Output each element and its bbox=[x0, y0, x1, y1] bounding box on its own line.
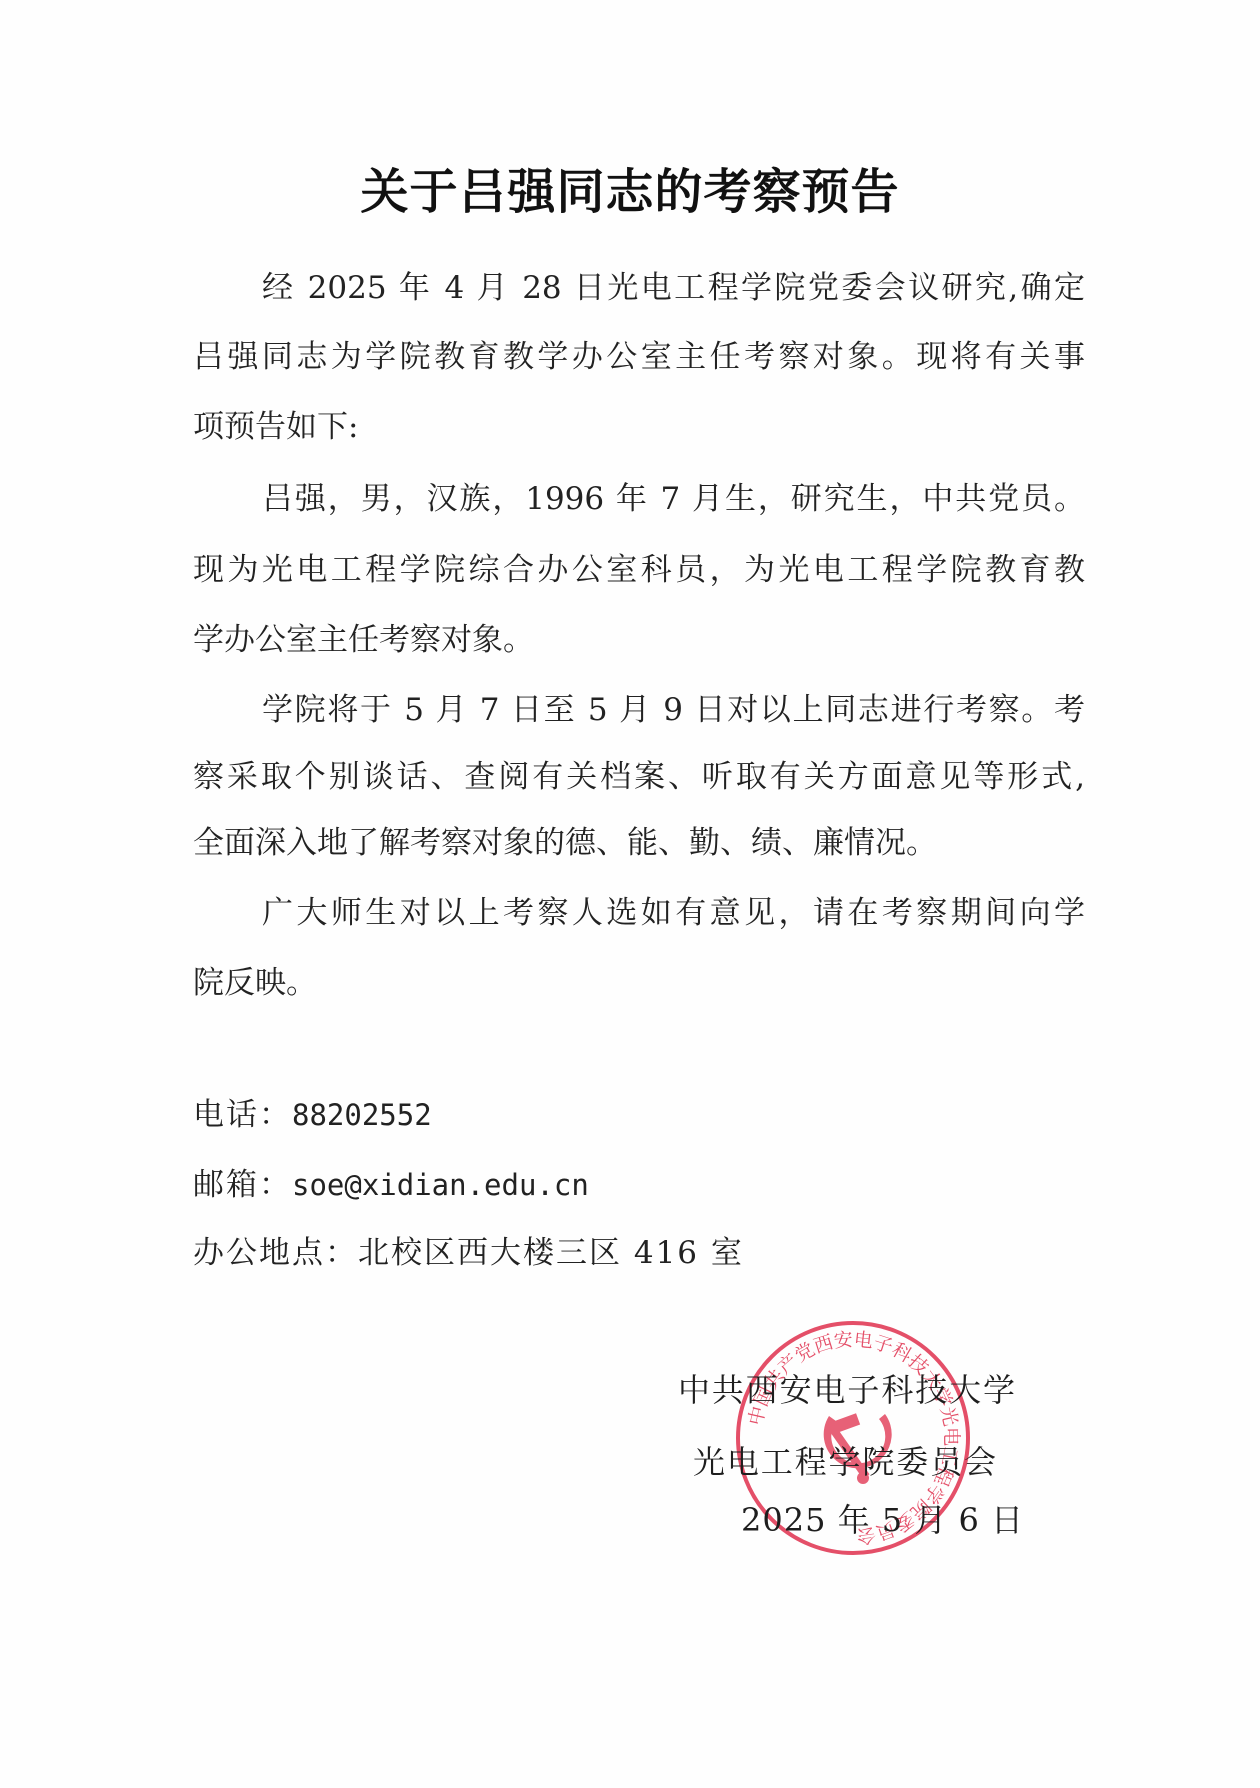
email-label: 邮箱： bbox=[193, 1167, 292, 1203]
body-line: 学院将于 5 月 7 日至 5 月 9 日对以上同志进行考察。考 bbox=[262, 688, 1085, 732]
document-page: 关于吕强同志的考察预告 经 2025 年 4 月 28 日光电工程学院党委会议研… bbox=[0, 0, 1260, 1788]
document-title: 关于吕强同志的考察预告 bbox=[0, 160, 1260, 224]
body-line: 全面深入地了解考察对象的德、能、勤、绩、廉情况。 bbox=[193, 821, 1085, 865]
body-line: 学办公室主任考察对象。 bbox=[193, 618, 1085, 662]
body-line: 察采取个别谈话、查阅有关档案、听取有关方面意见等形式, bbox=[193, 755, 1085, 799]
contact-phone: 电话：88202552 bbox=[193, 1093, 432, 1137]
address-label: 办公地点： bbox=[193, 1235, 358, 1271]
body-line: 吕强同志为学院教育教学办公室主任考察对象。现将有关事 bbox=[193, 335, 1085, 379]
body-line: 现为光电工程学院综合办公室科员，为光电工程学院教育教 bbox=[193, 548, 1085, 592]
body-line: 院反映。 bbox=[193, 961, 1085, 1005]
email-value: soe@xidian.edu.cn bbox=[292, 1168, 589, 1202]
phone-label: 电话： bbox=[193, 1097, 292, 1133]
body-line: 广大师生对以上考察人选如有意见，请在考察期间向学 bbox=[262, 891, 1085, 935]
signature-org-line2: 光电工程学院委员会 bbox=[693, 1440, 996, 1484]
body-line: 经 2025 年 4 月 28 日光电工程学院党委会议研究,确定 bbox=[262, 266, 1085, 310]
contact-address: 办公地点：北校区西大楼三区 416 室 bbox=[193, 1231, 744, 1275]
body-line: 吕强，男，汉族，1996 年 7 月生，研究生，中共党员。 bbox=[262, 477, 1085, 521]
signature-date: 2025 年 5 月 6 日 bbox=[741, 1498, 985, 1542]
phone-value: 88202552 bbox=[292, 1098, 432, 1132]
contact-email: 邮箱：soe@xidian.edu.cn bbox=[193, 1163, 589, 1207]
address-value: 北校区西大楼三区 416 室 bbox=[358, 1235, 744, 1271]
signature-org-line1: 中共西安电子科技大学 bbox=[678, 1368, 1015, 1412]
body-line: 项预告如下: bbox=[193, 405, 1085, 449]
